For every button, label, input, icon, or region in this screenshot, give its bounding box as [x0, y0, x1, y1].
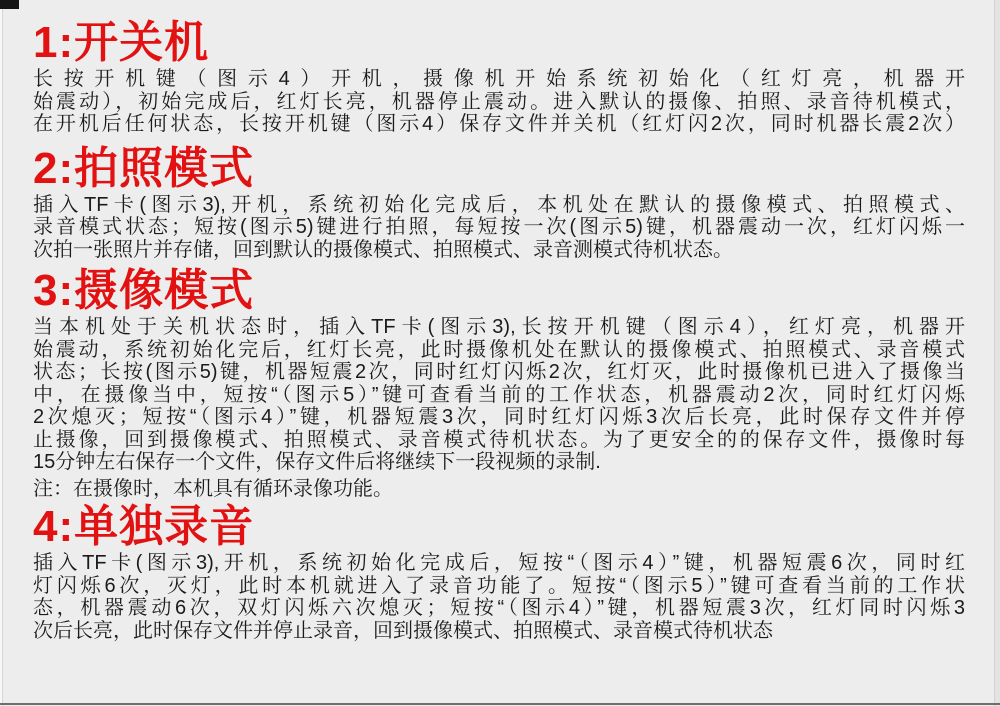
paragraph-line: 次拍一张照片并存储，回到默认的摄像模式、拍照模式、录音测模式待机状态。: [33, 239, 965, 262]
section-body-photo-mode: 插入TF卡(图示3),开机，系统初始化完成后，本机处在默认的摄像模式、拍照模式、…: [33, 194, 965, 262]
section-video-mode: 3:摄像模式 当本机处于关机状态时，插入TF卡(图示3),长按开机键（图示4），…: [33, 270, 965, 500]
section-power-switch: 1:开关机 长按开机键（图示4）开机，摄像机开始系统初始化（红灯亮，机器开 始震…: [33, 22, 965, 136]
section-body-power-switch: 长按开机键（图示4）开机，摄像机开始系统初始化（红灯亮，机器开 始震动），初始完…: [33, 68, 965, 136]
section-body-audio-record: 插入TF卡(图示3),开机，系统初始化完成后，短按“（图示4）”键，机器短震6次…: [33, 552, 965, 642]
section-title-audio-record: 4:单独录音: [33, 506, 965, 548]
section-body-video-mode: 当本机处于关机状态时，插入TF卡(图示3),长按开机键（图示4），红灯亮，机器开…: [33, 316, 965, 500]
section-title-power-switch: 1:开关机: [33, 22, 965, 64]
paragraph-line: 状态；长按(图示5)键，机器短震2次，同时红灯闪烁2次，红灯灭，此时摄像机已进入…: [33, 361, 965, 384]
paragraph-line: 灯闪烁6次，灭灯，此时本机就进入了录音功能了。短按“（图示5）”键可查看当前的工…: [33, 575, 965, 598]
paragraph-line: 始震动，系统初始化完后，红灯长亮，此时摄像机处在默认的摄像模式、拍照模式、录音模…: [33, 339, 965, 362]
paragraph-line: 当本机处于关机状态时，插入TF卡(图示3),长按开机键（图示4），红灯亮，机器开: [33, 316, 965, 339]
section-title-video-mode: 3:摄像模式: [33, 270, 965, 312]
paragraph-line: 在开机后任何状态，长按开机键（图示4）保存文件并关机（红灯闪2次，同时机器长震2…: [33, 113, 965, 136]
paragraph-line: 始震动），初始完成后，红灯长亮，机器停止震动。进入默认的摄像、拍照、录音待机模式…: [33, 91, 965, 114]
paragraph-line: 止摄像，回到摄像模式、拍照模式、录音模式待机状态。为了更安全的的保存文件，摄像时…: [33, 429, 965, 452]
video-mode-note: 注：在摄像时，本机具有循环录像功能。: [33, 478, 965, 501]
paragraph-line: 插入TF卡(图示3),开机，系统初始化完成后，短按“（图示4）”键，机器短震6次…: [33, 552, 965, 575]
paragraph-line: 次后长亮，此时保存文件并停止录音，回到摄像模式、拍照模式、录音模式待机状态: [33, 620, 965, 643]
paragraph-line: 长按开机键（图示4）开机，摄像机开始系统初始化（红灯亮，机器开: [33, 68, 965, 91]
paragraph-line: 插入TF卡(图示3),开机，系统初始化完成后，本机处在默认的摄像模式、拍照模式、: [33, 194, 965, 217]
paragraph-line: 2次熄灭；短按“（图示4）”键，机器短震3次，同时红灯闪烁3次后长亮，此时保存文…: [33, 406, 965, 429]
paragraph-line: 录音模式状态；短按(图示5)键进行拍照，每短按一次(图示5)键，机器震动一次，红…: [33, 216, 965, 239]
scan-artifact-bottom-line: [0, 703, 1000, 705]
paragraph-line: 中，在摄像当中，短按“（图示5）”键可查看当前的工作状态，机器震动2次，同时红灯…: [33, 384, 965, 407]
section-photo-mode: 2:拍照模式 插入TF卡(图示3),开机，系统初始化完成后，本机处在默认的摄像模…: [33, 148, 965, 262]
section-title-photo-mode: 2:拍照模式: [33, 148, 965, 190]
paragraph-line: 15分钟左右保存一个文件，保存文件后将继续下一段视频的录制.: [33, 451, 965, 474]
manual-page: 1:开关机 长按开机键（图示4）开机，摄像机开始系统初始化（红灯亮，机器开 始震…: [0, 0, 1000, 706]
manual-content: 1:开关机 长按开机键（图示4）开机，摄像机开始系统初始化（红灯亮，机器开 始震…: [0, 0, 1000, 642]
paragraph-line: 态，机器震动6次，双灯闪烁六次熄灭；短按“（图示4）”键，机器短震3次，红灯同时…: [33, 597, 965, 620]
section-audio-record: 4:单独录音 插入TF卡(图示3),开机，系统初始化完成后，短按“（图示4）”键…: [33, 506, 965, 642]
